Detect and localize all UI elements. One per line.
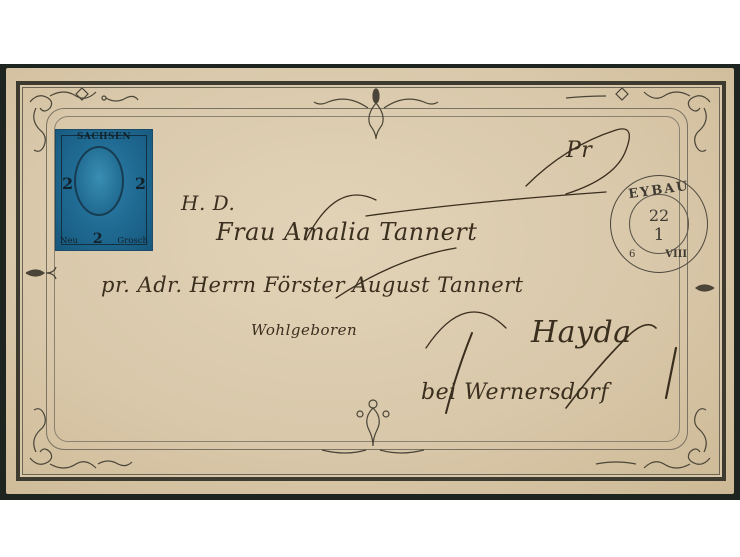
envelope: SACHSEN 2 2 Neu 2 Grosch EYBAU 22 1 6 VI…	[6, 68, 734, 494]
center-ornament-bottom-icon	[322, 400, 424, 453]
side-ornament-right-icon	[696, 285, 714, 291]
corner-ornament-bottom-left-icon	[30, 409, 132, 468]
address-top-right: Pr	[566, 138, 592, 163]
corner-ornament-bottom-right-icon	[596, 409, 710, 468]
address-care-of: pr. Adr. Herrn Förster August Tannert	[101, 273, 524, 297]
stamp-value-left: 2	[62, 174, 73, 193]
address-greeting: H. D.	[181, 191, 235, 215]
stamp-value-right: 2	[135, 174, 146, 193]
postmark-period: VIII	[665, 249, 687, 260]
postmark-day: 22	[611, 206, 707, 225]
stamp-portrait-icon	[74, 146, 124, 216]
postage-stamp: SACHSEN 2 2 Neu 2 Grosch	[56, 130, 152, 250]
stamp-country: SACHSEN	[56, 132, 152, 142]
center-ornament-top-icon	[314, 89, 438, 139]
address-town: Hayda	[531, 315, 632, 350]
postmark-month: 1	[611, 225, 707, 245]
address-title: Wohlgeboren	[251, 321, 357, 339]
stamp-denomination-value: 2	[93, 231, 103, 247]
side-ornament-left-icon	[26, 267, 56, 279]
stamp-denomination-prefix: Neu	[60, 236, 78, 246]
postmark: EYBAU 22 1 6 VIII	[610, 175, 708, 273]
address-near: bei Wernersdorf	[421, 380, 609, 405]
address-recipient: Frau Amalia Tannert	[216, 218, 477, 246]
stamp-denomination-unit: Grosch	[117, 236, 148, 246]
stamp-denomination: Neu 2 Grosch	[56, 231, 152, 247]
postmark-hour: 6	[629, 249, 635, 260]
